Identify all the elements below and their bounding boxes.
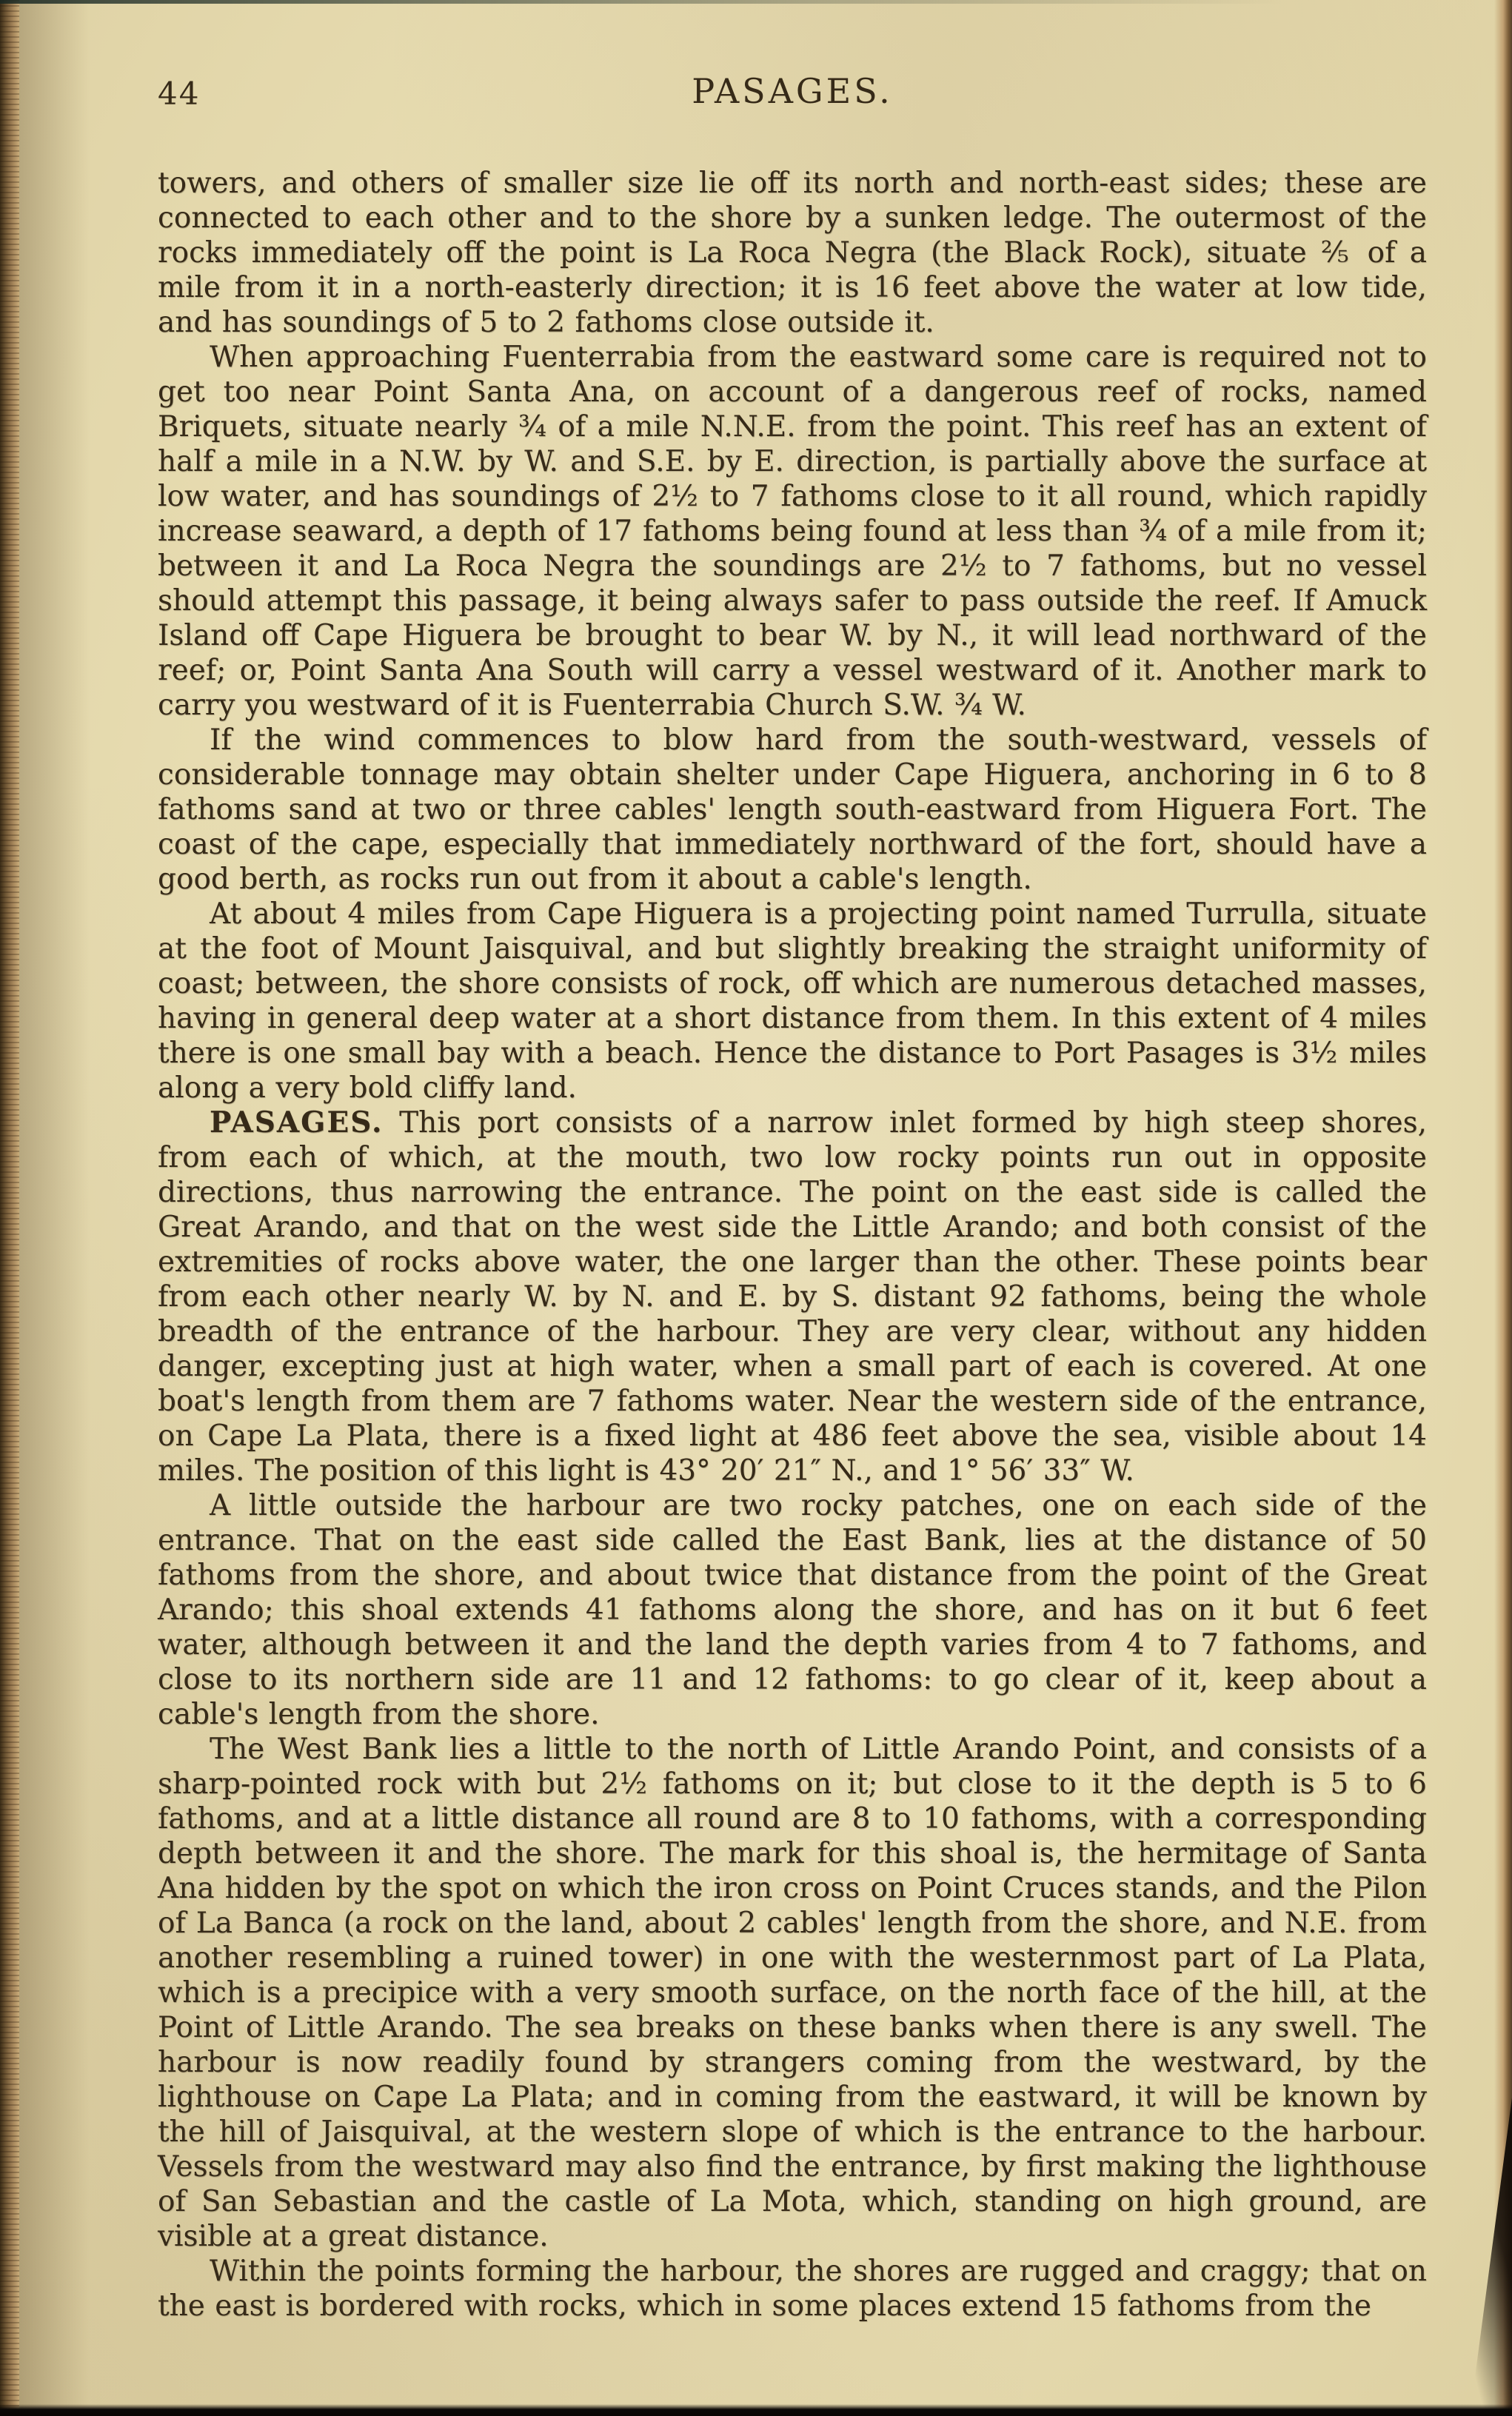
page-right-edge (1494, 0, 1512, 2416)
book-binding-edge (0, 0, 19, 2416)
scanned-book-page: 44 PASAGES. towers, and others of smalle… (0, 0, 1512, 2416)
paragraph: The West Bank lies a little to the north… (158, 1732, 1427, 2254)
page-top-edge (0, 0, 1512, 4)
page-bottom-edge (0, 2404, 1512, 2416)
paragraph: When approaching Fuenterrabia from the e… (158, 340, 1427, 723)
paragraph: At about 4 miles from Cape Higuera is a … (158, 897, 1427, 1105)
page-title: PASAGES. (158, 71, 1427, 111)
paragraph: Within the points forming the harbour, t… (158, 2254, 1427, 2323)
paragraph-lead: PASAGES. (210, 1105, 399, 1140)
page-body: towers, and others of smaller size lie o… (158, 166, 1427, 2323)
paragraph: PASAGES. This port consists of a narrow … (158, 1105, 1427, 1488)
paragraph: A little outside the harbour are two roc… (158, 1488, 1427, 1732)
page-number: 44 (158, 76, 200, 112)
page-header: 44 PASAGES. (158, 71, 1427, 116)
paragraph: towers, and others of smaller size lie o… (158, 166, 1427, 340)
paragraph: If the wind commences to blow hard from … (158, 723, 1427, 897)
gutter-shadow (19, 0, 90, 2416)
